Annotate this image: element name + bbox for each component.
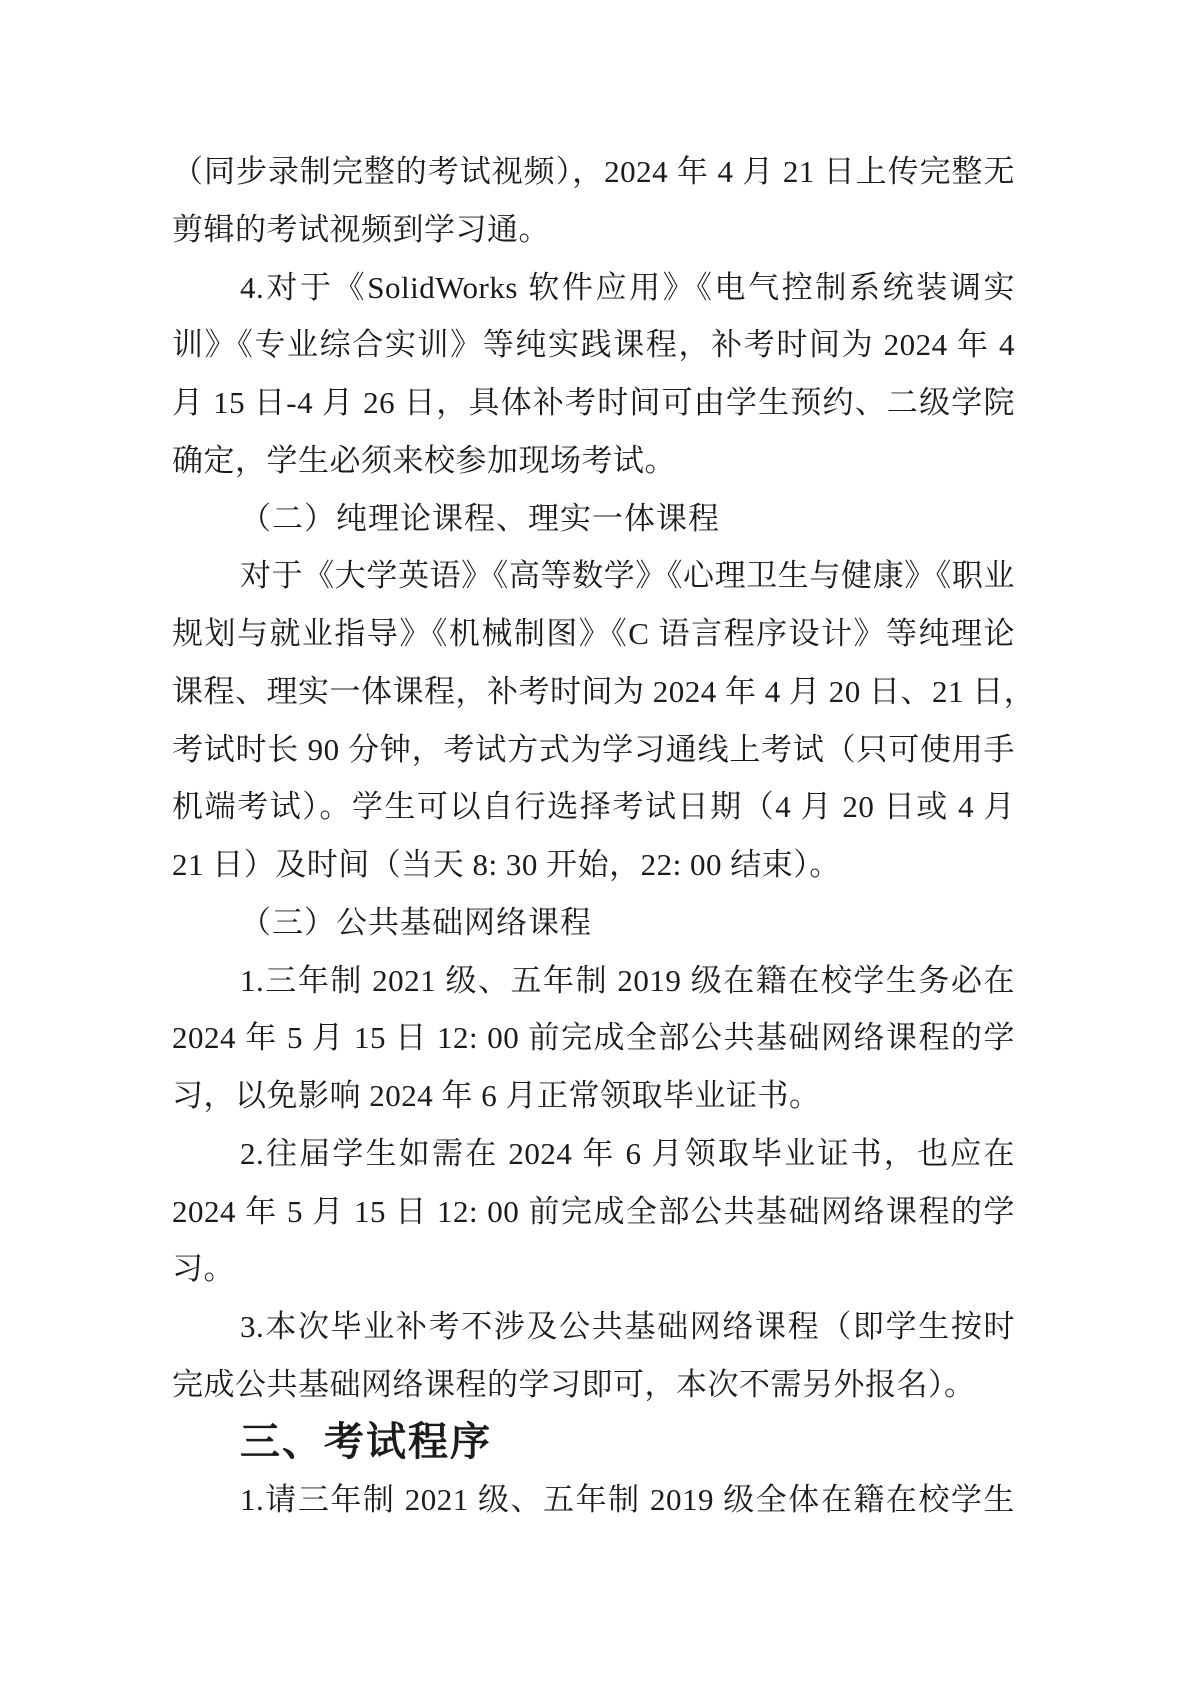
paragraph-line: 完成公共基础网络课程的学习即可，本次不需另外报名）。 [172, 1356, 1015, 1414]
paragraph-line: 训》《专业综合实训》等纯实践课程，补考时间为 2024 年 4 [172, 316, 1015, 374]
paragraph-line: 2024 年 5 月 15 日 12: 00 前完成全部公共基础网络课程的学 [172, 1009, 1015, 1067]
paragraph-line: 机端考试）。学生可以自行选择考试日期（4 月 20 日或 4 月 [172, 778, 1015, 836]
paragraph-line: 课程、理实一体课程，补考时间为 2024 年 4 月 20 日、21 日， [172, 663, 1015, 721]
document-text-block: （同步录制完整的考试视频），2024 年 4 月 21 日上传完整无 剪辑的考试… [172, 143, 1015, 1529]
paragraph-line: 考试时长 90 分钟，考试方式为学习通线上考试（只可使用手 [172, 721, 1015, 779]
subsection-heading-2: （二）纯理论课程、理实一体课程 [172, 490, 1015, 548]
section-heading-exam-procedure: 三、考试程序 [172, 1414, 1015, 1472]
paragraph-line: 3.本次毕业补考不涉及公共基础网络课程（即学生按时 [172, 1298, 1015, 1356]
paragraph-line: （同步录制完整的考试视频），2024 年 4 月 21 日上传完整无 [172, 143, 1015, 201]
paragraph-line: 1.三年制 2021 级、五年制 2019 级在籍在校学生务必在 [172, 952, 1015, 1010]
paragraph-line: 4.对于《SolidWorks 软件应用》《电气控制系统装调实 [172, 259, 1015, 317]
paragraph-line: 月 15 日-4 月 26 日，具体补考时间可由学生预约、二级学院 [172, 374, 1015, 432]
paragraph-line: 对于《大学英语》《高等数学》《心理卫生与健康》《职业 [172, 547, 1015, 605]
document-page: （同步录制完整的考试视频），2024 年 4 月 21 日上传完整无 剪辑的考试… [0, 0, 1191, 1684]
paragraph-line: 习，以免影响 2024 年 6 月正常领取毕业证书。 [172, 1067, 1015, 1125]
paragraph-line: 剪辑的考试视频到学习通。 [172, 201, 1015, 259]
paragraph-line: 1.请三年制 2021 级、五年制 2019 级全体在籍在校学生 [172, 1471, 1015, 1529]
paragraph-line: 习。 [172, 1240, 1015, 1298]
paragraph-line: 21 日）及时间（当天 8: 30 开始，22: 00 结束）。 [172, 836, 1015, 894]
paragraph-line: 2.往届学生如需在 2024 年 6 月领取毕业证书，也应在 [172, 1125, 1015, 1183]
subsection-heading-3: （三）公共基础网络课程 [172, 894, 1015, 952]
paragraph-line: 2024 年 5 月 15 日 12: 00 前完成全部公共基础网络课程的学 [172, 1183, 1015, 1241]
paragraph-line: 确定，学生必须来校参加现场考试。 [172, 432, 1015, 490]
paragraph-line: 规划与就业指导》《机械制图》《C 语言程序设计》等纯理论 [172, 605, 1015, 663]
